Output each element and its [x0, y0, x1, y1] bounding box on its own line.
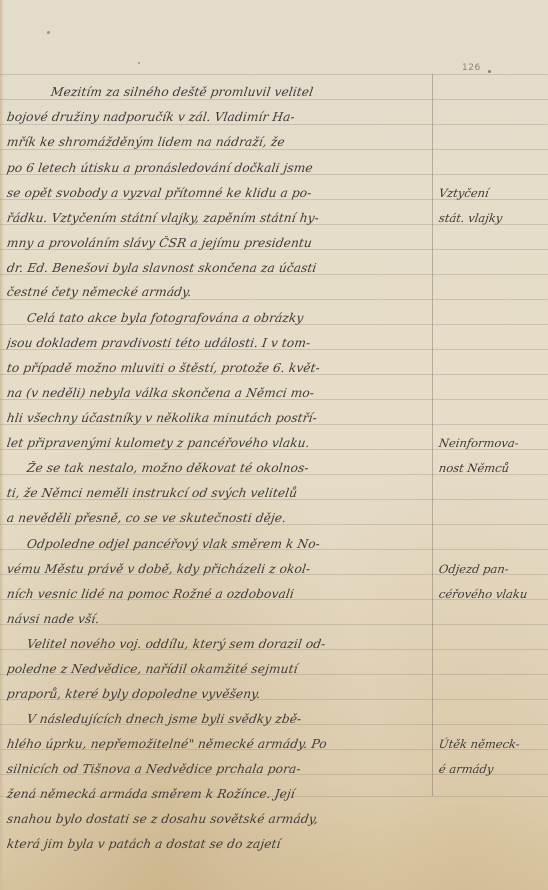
paper-speck [138, 62, 140, 64]
margin-note: Odjezd pan- [438, 562, 548, 576]
text-line: Mezitím za silného deště promluvil velit… [6, 85, 474, 99]
text-line: hli všechny účastníky v několika minutác… [6, 411, 430, 425]
text-line: let připravenými kulomety z pancéřového … [6, 436, 430, 450]
text-line: Velitel nového voj. oddílu, který sem do… [6, 637, 450, 651]
margin-note: é armády [438, 762, 548, 776]
text-line: čestné čety německé armády. [6, 285, 430, 299]
ink-dot [488, 70, 491, 73]
margin-note: stát. vlajky [438, 211, 548, 225]
ruled-line [0, 124, 548, 125]
text-line: návsi nade vší. [6, 612, 430, 626]
text-line: ních vesnic lidé na pomoc Rožné a ozdobo… [6, 587, 430, 601]
text-line: dr. Ed. Benešovi byla slavnost skončena … [6, 261, 430, 275]
text-line: hlého úprku, nepřemožitelné" německé arm… [6, 737, 430, 751]
text-line: mny a provoláním slávy ČSR a jejímu pres… [6, 236, 430, 250]
ruled-line [0, 149, 548, 150]
text-line: jsou dokladem pravdivosti této události.… [6, 336, 430, 350]
margin-note: Vztyčení [438, 186, 548, 200]
text-line: řádku. Vztyčením státní vlajky, zapěním … [6, 211, 430, 225]
text-line: na (v neděli) nebyla válka skončena a Ně… [6, 386, 430, 400]
ruled-line [0, 74, 548, 75]
text-line: Že se tak nestalo, možno děkovat té okol… [6, 461, 450, 475]
text-line: mřík ke shromážděným lidem na nádraží, ž… [6, 135, 430, 149]
notebook-page: 126 Mezitím za silného deště promluvil v… [0, 0, 548, 890]
text-line: praporů, které byly dopoledne vyvěšeny. [6, 687, 430, 701]
margin-note: nost Němců [438, 461, 548, 475]
ruled-line [0, 99, 548, 100]
text-line: Celá tato akce byla fotografována a obrá… [6, 311, 450, 325]
page-edge [0, 0, 4, 890]
text-line: snahou bylo dostati se z dosahu sovětské… [6, 812, 430, 826]
ruled-line [0, 299, 548, 300]
margin-note: Neinformova- [438, 436, 548, 450]
text-line: poledne z Nedvědice, nařídil okamžité se… [6, 662, 430, 676]
text-line: silnicích od Tišnova a Nedvědice prchala… [6, 762, 430, 776]
margin-line [432, 74, 433, 796]
text-line: žená německá armáda směrem k Rožínce. Je… [6, 787, 430, 801]
paper-speck [47, 31, 50, 34]
text-line: ti, že Němci neměli instrukcí od svých v… [6, 486, 430, 500]
text-line: po 6 letech útisku a pronásledování dočk… [6, 161, 430, 175]
page-number: 126 [462, 63, 481, 73]
margin-note: Útěk německ- [438, 737, 548, 751]
text-line: vému Městu právě v době, kdy přicházeli … [6, 562, 430, 576]
text-line: bojové družiny nadporučík v zál. Vladimí… [6, 110, 430, 124]
margin-note: céřového vlaku [438, 587, 548, 601]
text-line: a nevěděli přesně, co se ve skutečnosti … [6, 511, 430, 525]
text-line: V následujících dnech jsme byli svědky z… [6, 712, 450, 726]
text-line: se opět svobody a vyzval přítomné ke kli… [6, 186, 430, 200]
text-line: Odpoledne odjel pancéřový vlak směrem k … [6, 537, 450, 551]
text-line: která jim byla v patách a dostat se do z… [6, 837, 430, 851]
text-line: to případě možno mluviti o štěstí, proto… [6, 361, 430, 375]
